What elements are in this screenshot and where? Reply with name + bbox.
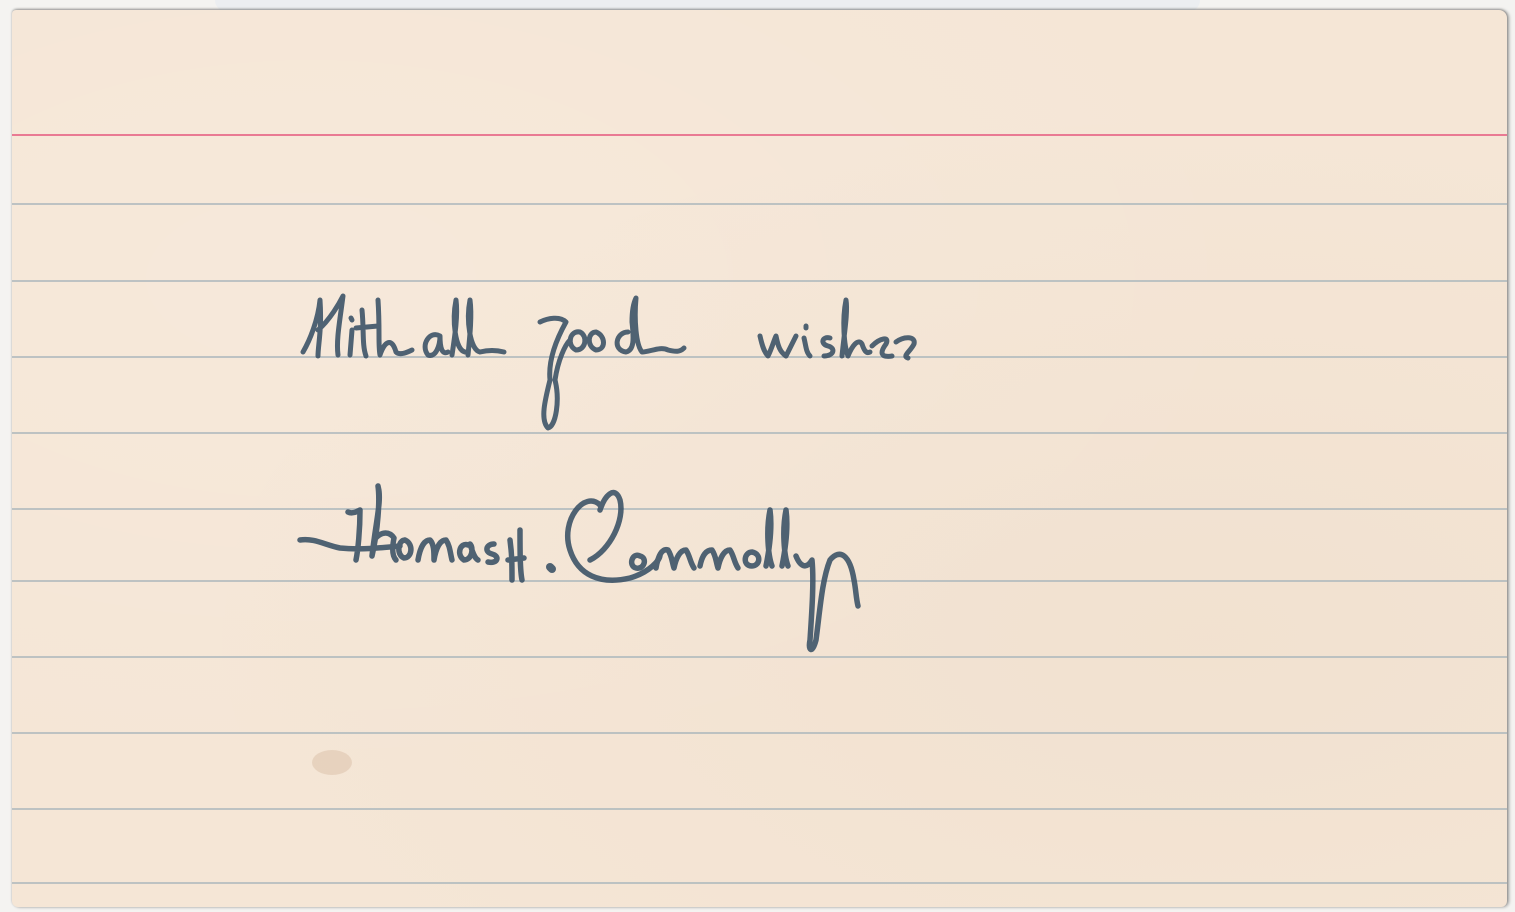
ruled-line — [12, 580, 1507, 582]
ruled-line — [12, 432, 1507, 434]
ruled-line — [12, 732, 1507, 734]
paper-stain — [312, 750, 352, 775]
ruled-line — [12, 656, 1507, 658]
ruled-line — [12, 508, 1507, 510]
ruled-line — [12, 280, 1507, 282]
header-rule-pink — [12, 134, 1507, 136]
ruled-line — [12, 203, 1507, 205]
ruled-line — [12, 808, 1507, 810]
ruled-line — [12, 356, 1507, 358]
ruled-line — [12, 882, 1507, 884]
index-card — [12, 10, 1507, 907]
